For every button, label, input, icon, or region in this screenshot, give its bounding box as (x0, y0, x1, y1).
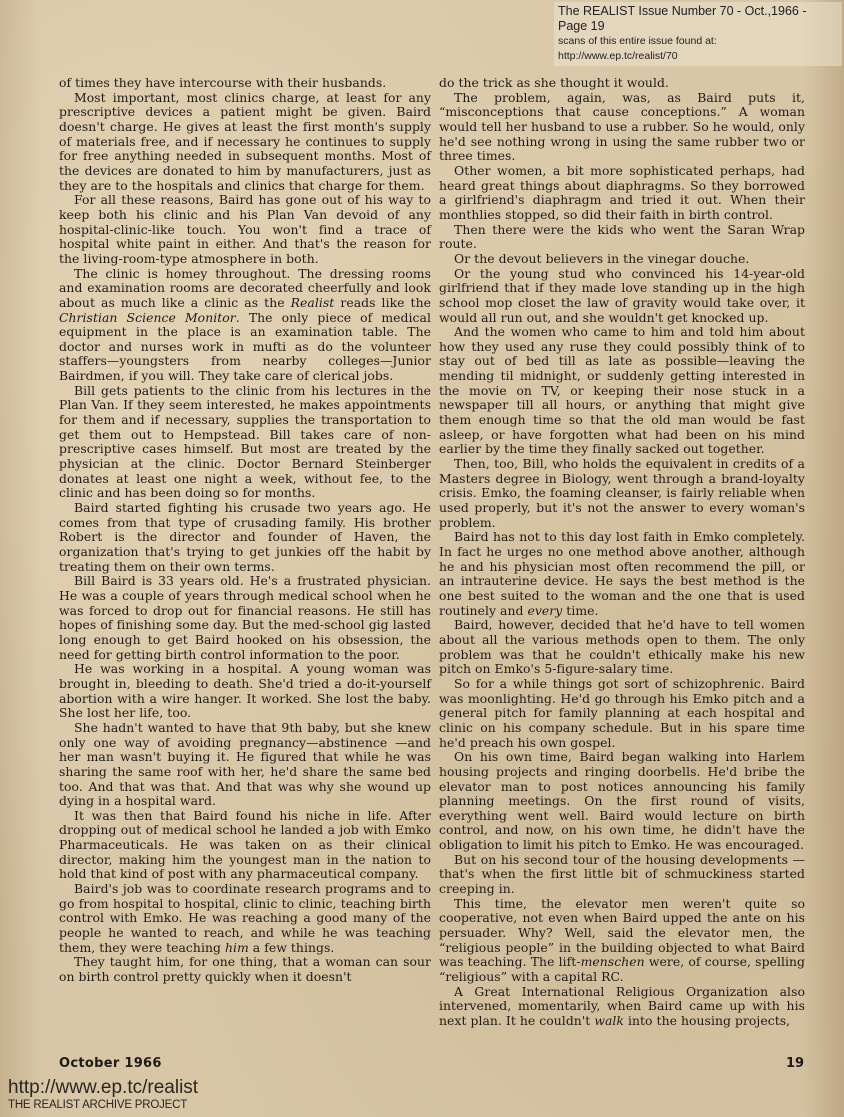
paragraph: Then there were the kids who went the Sa… (439, 223, 805, 252)
paragraph: Bill Baird is 33 years old. He's a frust… (59, 574, 431, 662)
paragraph: This time, the elevator men weren't quit… (439, 897, 805, 985)
paragraph: For all these reasons, Baird has gone ou… (59, 193, 431, 266)
paragraph: Baird has not to this day lost faith in … (439, 530, 805, 618)
archive-footer: http://www.ep.tc/realist THE REALIST ARC… (8, 1078, 198, 1112)
text-run: Baird has not to this day lost faith in … (439, 529, 805, 617)
paragraph: Bill gets patients to the clinic from hi… (59, 384, 431, 501)
archive-scan-link[interactable]: scans of this entire issue found at: htt… (558, 34, 838, 64)
text-run: time. (562, 603, 598, 618)
paragraph: Other women, a bit more sophisticated pe… (439, 164, 805, 223)
page-number: 19 (786, 1056, 804, 1071)
paragraph-continuation: of times they have intercourse with thei… (59, 76, 431, 91)
issue-date: October 1966 (59, 1056, 162, 1071)
archive-project-label: THE REALIST ARCHIVE PROJECT (8, 1098, 198, 1112)
italic-text: Realist (291, 295, 335, 310)
paragraph: It was then that Baird found his niche i… (59, 809, 431, 882)
paragraph: A Great International Religious Organiza… (439, 985, 805, 1029)
archive-issue-title: The REALIST Issue Number 70 - Oct.,1966 … (558, 4, 838, 34)
italic-text: Christian Science Monitor (59, 310, 236, 325)
article-column-right: do the trick as she thought it would.The… (439, 76, 805, 1029)
paragraph: But on his second tour of the housing de… (439, 853, 805, 897)
italic-text: him (225, 940, 249, 955)
paragraph-continuation: do the trick as she thought it would. (439, 76, 805, 91)
article-column-left: of times they have intercourse with thei… (59, 76, 431, 985)
paragraph: Baird started fighting his crusade two y… (59, 501, 431, 574)
paragraph: Baird's job was to coordinate research p… (59, 882, 431, 955)
text-run: a few things. (249, 940, 335, 955)
italic-text: menschen (581, 954, 645, 969)
text-run: reads like the (334, 295, 431, 310)
paragraph: On his own time, Baird began walking int… (439, 750, 805, 853)
italic-text: walk (594, 1013, 624, 1028)
paragraph: Baird, however, decided that he'd have t… (439, 618, 805, 677)
paragraph: The clinic is homey throughout. The dres… (59, 267, 431, 384)
paragraph: He was working in a hospital. A young wo… (59, 662, 431, 721)
paragraph: Or the devout believers in the vinegar d… (439, 252, 805, 267)
paragraph: Most important, most clinics charge, at … (59, 91, 431, 194)
paragraph: The problem, again, was, as Baird puts i… (439, 91, 805, 164)
text-run: into the housing projects, (624, 1013, 790, 1028)
paragraph: So for a while things got sort of schizo… (439, 677, 805, 750)
archive-header: The REALIST Issue Number 70 - Oct.,1966 … (554, 2, 842, 66)
paragraph: She hadn't wanted to have that 9th baby,… (59, 721, 431, 809)
paragraph: They taught him, for one thing, that a w… (59, 955, 431, 984)
paragraph: Or the young stud who convinced his 14-y… (439, 267, 805, 326)
italic-text: every (527, 603, 562, 618)
archive-url-link[interactable]: http://www.ep.tc/realist (8, 1078, 198, 1098)
paragraph: Then, too, Bill, who holds the equivalen… (439, 457, 805, 530)
paragraph: And the women who came to him and told h… (439, 325, 805, 457)
